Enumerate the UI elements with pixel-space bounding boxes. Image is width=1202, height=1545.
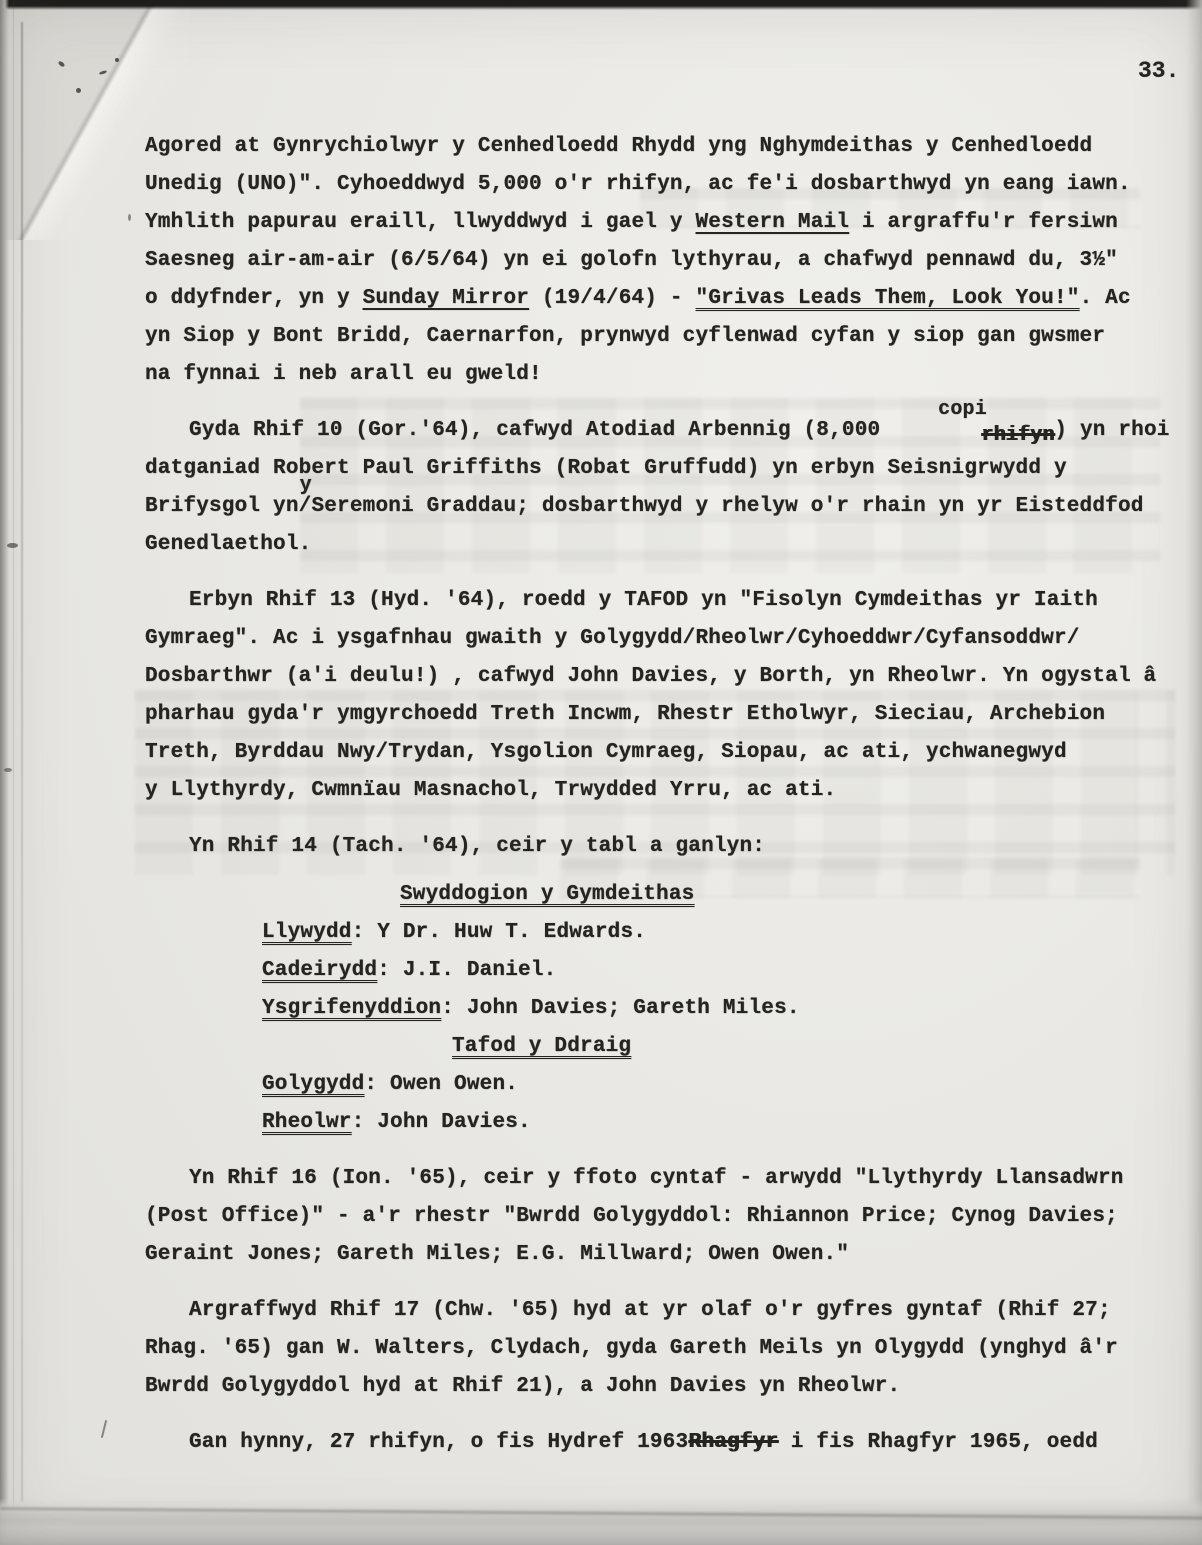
text-segment: Yn Rhif 16 (Ion. '65), ceir y ffoto cynt…	[189, 1167, 1124, 1190]
text-line: Rheolwr: John Davies.	[262, 1104, 1155, 1142]
text-line: Gyda Rhif 10 (Gor.'64), cafwyd Atodiad A…	[145, 412, 1155, 450]
text-segment: na fynnai i neb arall eu gweld!	[145, 363, 542, 386]
text-segment: Gymraeg". Ac i ysgafnhau gwaith y Golygy…	[145, 627, 1080, 650]
ink-speck	[99, 70, 108, 75]
ink-speck	[115, 58, 119, 62]
text-segment: Yn Rhif 14 (Tach. '64), ceir y tabl a ga…	[189, 835, 765, 858]
text-segment: Geraint Jones; Gareth Miles; E.G. Millwa…	[145, 1243, 849, 1266]
text-line: Erbyn Rhif 13 (Hyd. '64), roedd y TAFOD …	[145, 582, 1155, 620]
text-line: Argraffwyd Rhif 17 (Chw. '65) hyd at yr …	[145, 1292, 1155, 1330]
ink-speck	[76, 88, 81, 93]
crease	[13, 0, 14, 1545]
text-line: Tafod y Ddraig	[452, 1028, 1155, 1066]
document-page: 33. Agored at Gynrychiolwyr y Cenhedloed…	[0, 0, 1202, 1545]
text-segment: Bwrdd Golygyddol hyd at Rhif 21), a John…	[145, 1375, 900, 1398]
text-segment: : Owen Owen.	[364, 1073, 518, 1096]
text-segment: : Y Dr. Huw T. Edwards.	[352, 921, 646, 944]
emphasized-text: Tafod y Ddraig	[452, 1035, 631, 1058]
text-line: (Post Office)" - a'r rhestr "Bwrdd Golyg…	[145, 1198, 1155, 1236]
text-segment: ) yn rhoi	[1054, 419, 1169, 442]
ink-speck	[4, 768, 12, 772]
text-segment: Unedig (UNO)". Cyhoeddwyd 5,000 o'r rhif…	[145, 173, 1131, 196]
text-segment: yn Siop y Bont Bridd, Caernarfon, prynwy…	[145, 325, 1105, 348]
emphasized-text: Western Mail	[696, 211, 850, 234]
text-segment: o ddyfnder, yn y	[145, 287, 363, 310]
text-line: Genedlaethol.	[145, 526, 1155, 564]
pencil-mark	[101, 1420, 107, 1438]
ink-speck	[58, 60, 66, 67]
text-segment: Erbyn Rhif 13 (Hyd. '64), roedd y TAFOD …	[189, 589, 1098, 612]
emphasized-text: Rheolwr	[262, 1111, 352, 1134]
text-line: Saesneg air-am-air (6/5/64) yn ei golofn…	[145, 242, 1155, 280]
text-line: Agored at Gynrychiolwyr y Cenhedloedd Rh…	[145, 128, 1155, 166]
text-segment: Dosbarthwr (a'i deulu!) , cafwyd John Da…	[145, 665, 1156, 688]
scan-right-edge	[1186, 0, 1202, 1545]
text-line: pharhau gyda'r ymgyrchoedd Treth Incwm, …	[145, 696, 1155, 734]
emphasized-text: Sunday Mirror	[363, 287, 529, 310]
scan-top-edge	[0, 0, 1202, 10]
text-segment: Brifysgol yn	[145, 495, 299, 518]
emphasized-text: "Grivas Leads Them, Look You!"	[696, 287, 1080, 310]
text-segment: : John Davies.	[352, 1111, 531, 1134]
text-line: Golygydd: Owen Owen.	[262, 1066, 1155, 1104]
text-segment: y Llythyrdy, Cwmnïau Masnachol, Trwydded…	[145, 779, 836, 802]
text-line: Gymraeg". Ac i ysgafnhau gwaith y Golygy…	[145, 620, 1155, 658]
page-number: 33.	[1138, 58, 1179, 84]
text-segment: : J.I. Daniel.	[377, 959, 556, 982]
text-line: Yn Rhif 16 (Ion. '65), ceir y ffoto cynt…	[145, 1160, 1155, 1198]
text-segment: Agored at Gynrychiolwyr y Cenhedloedd Rh…	[145, 135, 1092, 158]
emphasized-text: Llywydd	[262, 921, 352, 944]
text-line: y Llythyrdy, Cwmnïau Masnachol, Trwydded…	[145, 772, 1155, 810]
text-segment: Genedlaethol.	[145, 533, 311, 556]
text-segment: . Ac	[1080, 287, 1131, 310]
text-line: o ddyfnder, yn y Sunday Mirror (19/4/64)…	[145, 280, 1155, 318]
text-segment: : John Davies; Gareth Miles.	[441, 997, 799, 1020]
text-line: Swyddogion y Gymdeithas	[400, 876, 1155, 914]
text-line: Bwrdd Golygyddol hyd at Rhif 21), a John…	[145, 1368, 1155, 1406]
text-line: Rhag. '65) gan W. Walters, Clydach, gyda…	[145, 1330, 1155, 1368]
text-segment: Gan hynny, 27 rhifyn, o fis Hydref 1963	[189, 1431, 688, 1454]
emphasized-text: Ysgrifenyddion	[262, 997, 441, 1020]
text-line: Unedig (UNO)". Cyhoeddwyd 5,000 o'r rhif…	[145, 166, 1155, 204]
text-body: Agored at Gynrychiolwyr y Cenhedloedd Rh…	[145, 128, 1155, 1462]
inline-correction: copirhifyn	[893, 412, 1054, 450]
text-segment: i argraffu'r fersiwn	[849, 211, 1118, 234]
text-segment: Rhag. '65) gan W. Walters, Clydach, gyda…	[145, 1337, 1118, 1360]
text-line: Geraint Jones; Gareth Miles; E.G. Millwa…	[145, 1236, 1155, 1274]
text-line: Dosbarthwr (a'i deulu!) , cafwyd John Da…	[145, 658, 1155, 696]
text-segment: i fis Rhagfyr 1965, oedd	[778, 1431, 1098, 1454]
emphasized-text: Cadeirydd	[262, 959, 377, 982]
scan-left-edge	[0, 0, 9, 1545]
emphasized-text: Rhagfyr	[688, 1431, 778, 1454]
text-segment: Ymhlith papurau eraill, llwyddwyd i gael…	[145, 211, 696, 234]
text-line: Gan hynny, 27 rhifyn, o fis Hydref 1963R…	[145, 1424, 1155, 1462]
text-segment: Saesneg air-am-air (6/5/64) yn ei golofn…	[145, 249, 1118, 272]
text-segment: (19/4/64) -	[529, 287, 695, 310]
ink-speck	[7, 543, 18, 548]
text-segment: datganiad Robert Paul Griffiths (Robat G…	[145, 457, 1067, 480]
text-line: yn Siop y Bont Bridd, Caernarfon, prynwy…	[145, 318, 1155, 356]
text-line: Llywydd: Y Dr. Huw T. Edwards.	[262, 914, 1155, 952]
text-line: Brifysgol yny/Seremoni Graddau; dosbarth…	[145, 488, 1155, 526]
text-segment: Gyda Rhif 10 (Gor.'64), cafwyd Atodiad A…	[189, 419, 893, 442]
text-segment: (Post Office)" - a'r rhestr "Bwrdd Golyg…	[145, 1205, 1118, 1228]
text-line: datganiad Robert Paul Griffiths (Robat G…	[145, 450, 1155, 488]
text-line: Yn Rhif 14 (Tach. '64), ceir y tabl a ga…	[145, 828, 1155, 866]
inline-correction: y/	[299, 488, 312, 526]
text-segment: Treth, Byrddau Nwy/Trydan, Ysgolion Cymr…	[145, 741, 1067, 764]
emphasized-text: Swyddogion y Gymdeithas	[400, 883, 694, 906]
text-line: na fynnai i neb arall eu gweld!	[145, 356, 1155, 394]
text-segment: Argraffwyd Rhif 17 (Chw. '65) hyd at yr …	[189, 1299, 1111, 1322]
ink-speck	[128, 214, 131, 221]
text-line: Cadeirydd: J.I. Daniel.	[262, 952, 1155, 990]
emphasized-text: Golygydd	[262, 1073, 364, 1096]
text-segment: pharhau gyda'r ymgyrchoedd Treth Incwm, …	[145, 703, 1105, 726]
crease	[21, 22, 23, 1502]
page-bottom-edge	[0, 1498, 1202, 1545]
text-line: Ysgrifenyddion: John Davies; Gareth Mile…	[262, 990, 1155, 1028]
text-line: Treth, Byrddau Nwy/Trydan, Ysgolion Cymr…	[145, 734, 1155, 772]
text-segment: Seremoni Graddau; dosbarthwyd y rhelyw o…	[311, 495, 1143, 518]
text-line: Ymhlith papurau eraill, llwyddwyd i gael…	[145, 204, 1155, 242]
